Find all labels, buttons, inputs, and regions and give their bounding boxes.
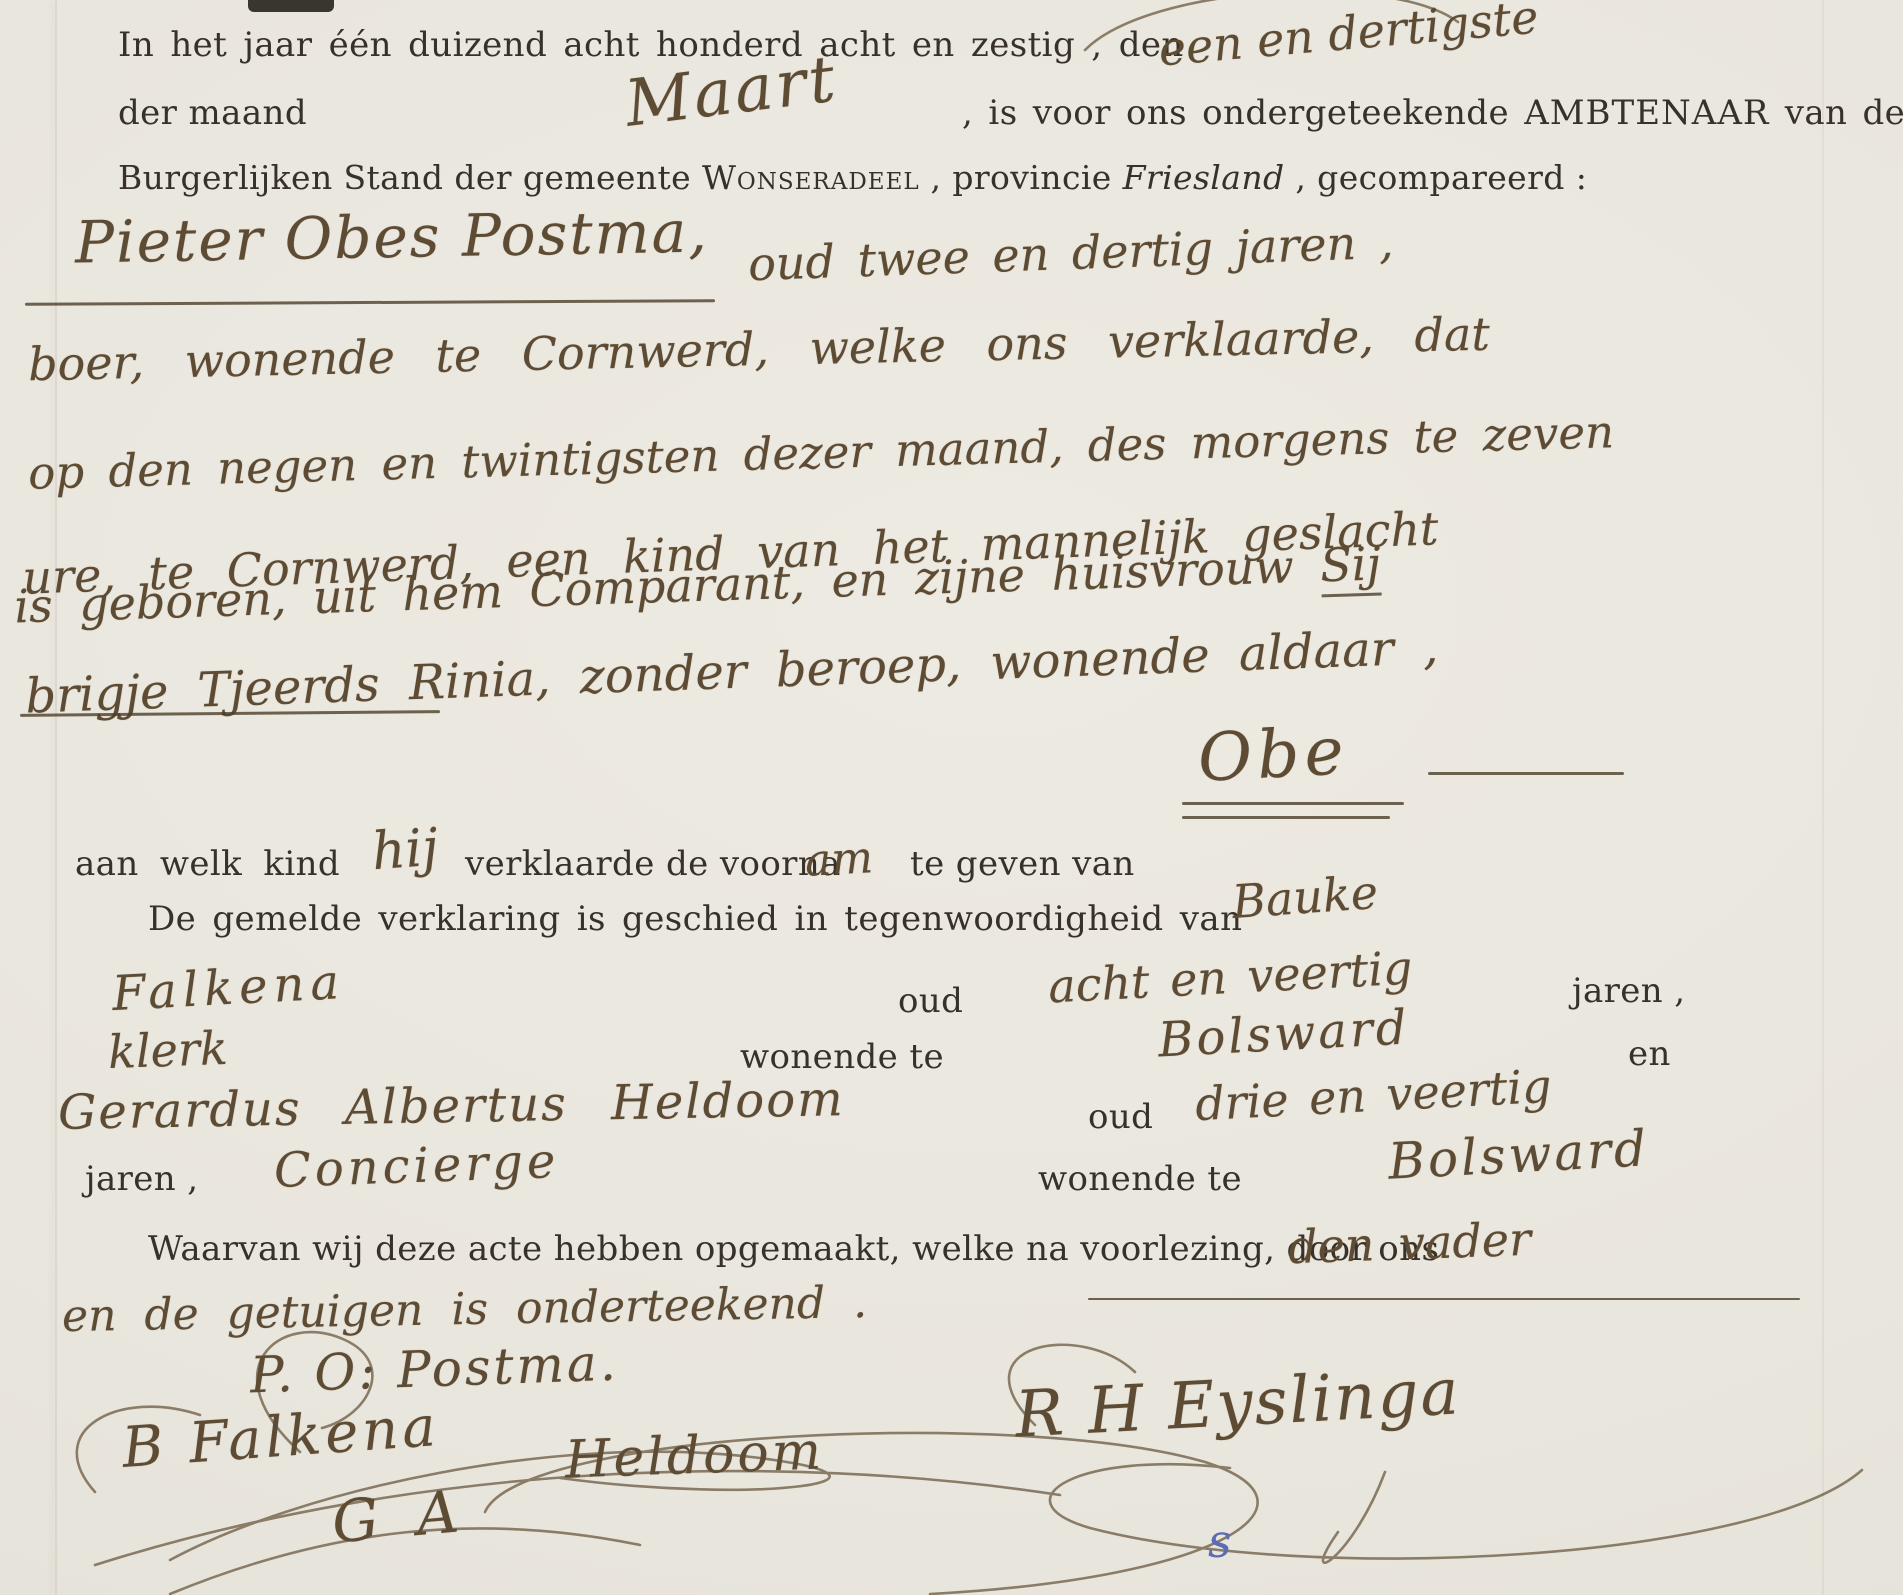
label-en: en	[1628, 1037, 1671, 1071]
label-jaren-2: jaren ,	[85, 1162, 199, 1196]
naming-printed-start: aan welk kind	[75, 847, 340, 881]
witness1-surname: Falkena	[111, 958, 346, 1018]
underline-declarant	[25, 299, 715, 306]
blank-filler-dash	[1428, 772, 1624, 775]
witness2-name: Gerardus Albertus Heldoom	[58, 1075, 845, 1137]
handwritten-naam-suffix: am	[804, 836, 874, 883]
witness1-residence: Bolsward	[1157, 1003, 1411, 1064]
signature-father: P. O: Postma.	[249, 1338, 619, 1401]
label-wonende-2: wonende te	[1038, 1162, 1242, 1196]
header-line3-mid: , provincie	[920, 158, 1123, 197]
label-jaren-1: jaren ,	[1572, 974, 1686, 1008]
declaration-mother-line: brigje Tjeerds Rinia, zonder beroep, won…	[25, 623, 1439, 720]
label-oud-2: oud	[1088, 1100, 1153, 1134]
header-line3-start: Burgerlijken Stand der gemeente	[118, 158, 702, 197]
child-name: Obe	[1196, 718, 1350, 792]
scan-artifact-mark	[248, 0, 334, 12]
witness-intro: De gemelde verklaring is geschied in teg…	[148, 902, 1242, 936]
declaration-birthdate-line: op den negen en twintigsten dezer maand,…	[28, 409, 1615, 496]
witness2-residence: Bolsward	[1387, 1123, 1650, 1187]
label-wonende-1: wonende te	[740, 1040, 944, 1074]
closing-printed: Waarvan wij deze acte hebben opgemaakt, …	[148, 1232, 1439, 1266]
child-name-underline-2	[1182, 816, 1390, 819]
mother-details: zonder beroep, wonende aldaar ,	[549, 619, 1439, 706]
closing-rule	[1088, 1298, 1800, 1300]
signature-initials: G A	[330, 1483, 461, 1552]
municipality-name: Wonseradeel	[702, 158, 920, 197]
official-title: AMBTENAAR	[1524, 93, 1769, 133]
header-line2-rest: , is voor ons ondergeteekende AMBTENAAR …	[962, 96, 1903, 130]
header-line2-mid: , is voor ons ondergeteekende	[962, 93, 1524, 133]
closing-signed-by: den vader	[1287, 1216, 1531, 1270]
blue-ink-mark: s	[1208, 1518, 1232, 1564]
label-oud-1: oud	[898, 984, 963, 1018]
birth-certificate-document: In het jaar één duizend acht honderd ach…	[0, 0, 1903, 1595]
witness2-age: drie en veertig	[1194, 1063, 1552, 1128]
signature-witness2: Heldoom	[564, 1425, 825, 1486]
header-line2-end: van den	[1770, 93, 1903, 133]
witness1-age: acht en veertig	[1047, 944, 1413, 1009]
naming-printed-end: te geven van	[910, 847, 1135, 881]
witness2-occupation: Concierge	[273, 1137, 560, 1195]
signature-witness1: B Falkena	[120, 1399, 441, 1477]
witness1-firstname: Bauke	[1231, 869, 1380, 925]
handwritten-day: een en dertigste	[1157, 0, 1540, 73]
naming-printed-mid: verklaarde de voorna	[465, 847, 841, 881]
declarant-name: Pieter Obes Postma,	[75, 202, 709, 271]
witness1-occupation: klerk	[107, 1025, 228, 1075]
handwritten-hij: hij	[370, 822, 440, 878]
declaration-residence-line: boer, wonende te Cornwerd, welke ons ver…	[28, 311, 1491, 388]
signature-registrar: R H Eyslinga	[1014, 1360, 1462, 1447]
header-line3: Burgerlijken Stand der gemeente Wonserad…	[118, 161, 1587, 194]
child-name-underline-1	[1182, 802, 1404, 805]
mother-name-start: Sij	[1319, 537, 1381, 598]
header-line1: In het jaar één duizend acht honderd ach…	[118, 28, 1184, 62]
header-line3-end: , gecompareerd :	[1285, 158, 1588, 197]
paper-fold-crease-right	[1822, 0, 1824, 1595]
closing-handwritten-line: en de getuigen is onderteekend .	[62, 1281, 868, 1339]
declarant-age: oud twee en dertig jaren ,	[747, 219, 1394, 287]
paper-fold-crease-left	[55, 0, 57, 1595]
province-name: Friesland	[1123, 158, 1285, 197]
header-line2-label: der maand	[118, 96, 307, 130]
